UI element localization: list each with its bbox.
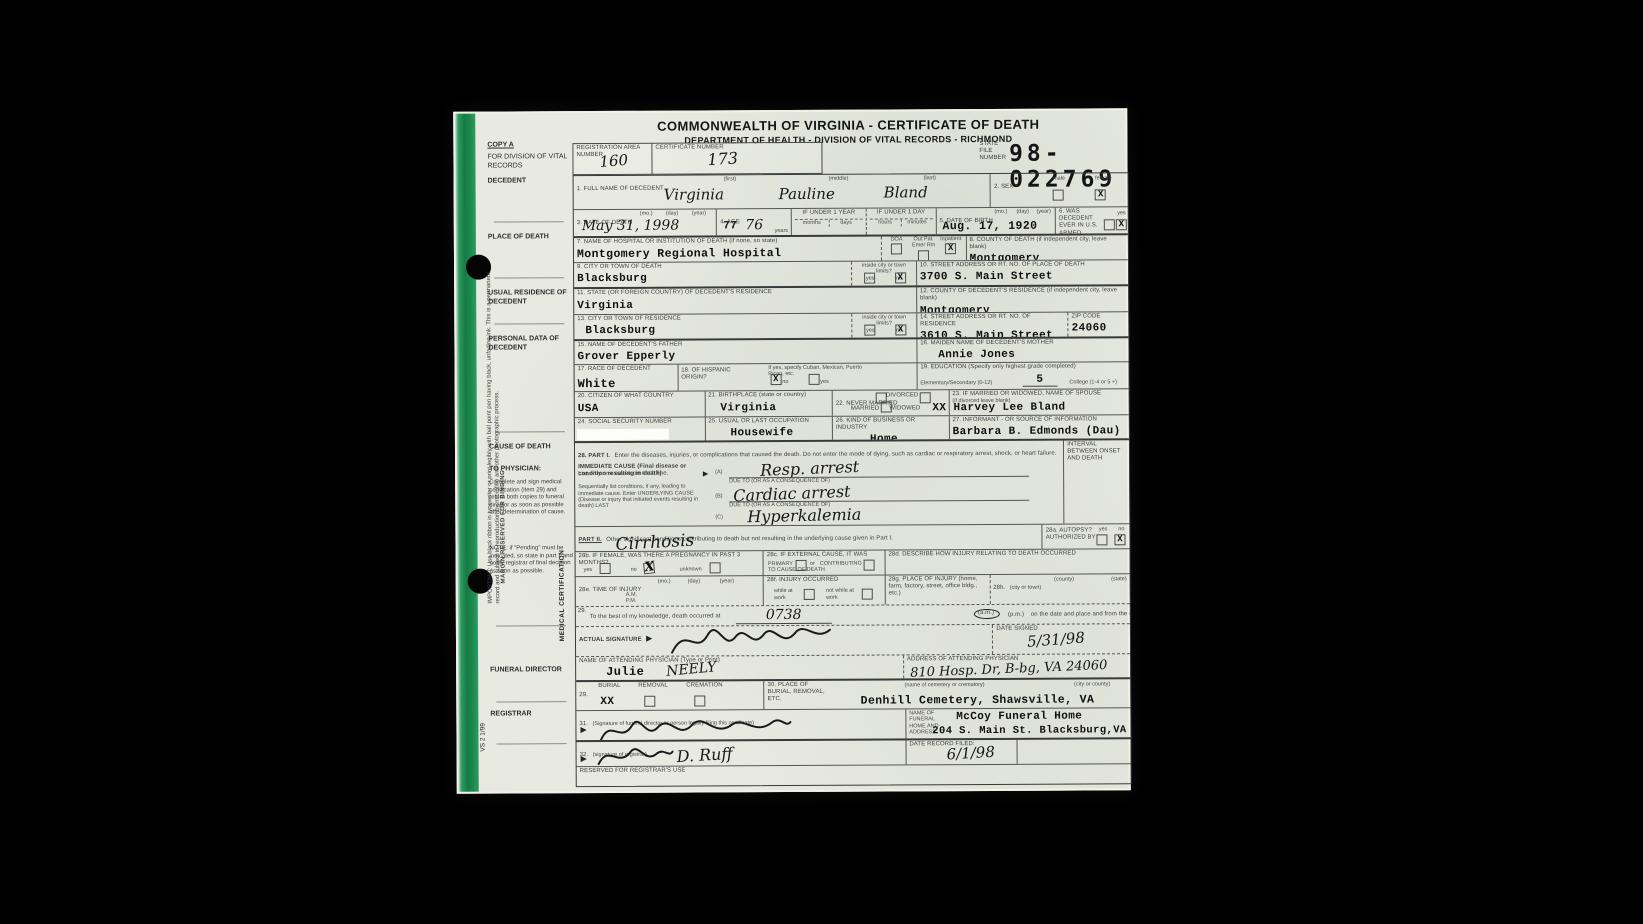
year-sublabel: (year) xyxy=(720,578,734,584)
line-a-sublabel: (A) xyxy=(715,469,722,475)
full-name-label: 1. FULL NAME OF DECEDENT xyxy=(577,186,664,192)
reserved-for-registrar: RESERVED FOR REGISTRAR'S USE xyxy=(577,764,1131,786)
yes-sublabel: yes xyxy=(820,378,829,384)
field-death-city-limits: inside city or town limits? yes no X xyxy=(851,261,916,285)
father-value: Grover Epperly xyxy=(577,350,913,364)
burial-mark: XX xyxy=(600,696,614,708)
days-sublabel: days xyxy=(828,220,862,226)
age-handwritten-value: 76 xyxy=(745,217,763,233)
death-time-value: 0738 xyxy=(736,607,832,625)
residence-county-value: Montgomery xyxy=(920,305,1125,313)
section-decedent: DECEDENT xyxy=(488,177,572,186)
field-hospital-status: DOA Out Pat. Emer Rm InpatientX xyxy=(881,236,966,260)
form-grid: 1. FULL NAME OF DECEDENT (first) (middle… xyxy=(573,172,1132,787)
physician-handwritten-value: NEELY xyxy=(666,659,718,680)
field-funeral-director-signature: 31. (Signature of funeral director or pe… xyxy=(576,709,905,740)
pending-note: NOTE: if "Pending" must be indicated, so… xyxy=(489,545,573,575)
divorced-checkbox xyxy=(919,392,930,403)
actual-signature-label: ACTUAL SIGNATURE xyxy=(579,637,642,643)
while-at-work-checkbox xyxy=(804,589,815,600)
field-zip: ZIP CODE 24060 xyxy=(1067,312,1128,336)
sequential-label: Sequentially list conditions, if any, le… xyxy=(578,484,702,510)
field-place-of-injury: 28g. PLACE OF INJURY (home, farm, factor… xyxy=(885,575,990,605)
outpatient-checkbox xyxy=(918,250,929,261)
part2-label: PART II. xyxy=(578,537,601,543)
race-label: 17. RACE OF DECEDENT xyxy=(578,366,675,374)
pointer-icon: ▶ xyxy=(581,754,587,763)
last-sublabel: (last) xyxy=(924,175,936,181)
field-full-name: 1. FULL NAME OF DECEDENT (first) (middle… xyxy=(574,174,991,209)
informant-value: Barbara B. Edmonds (Dau) xyxy=(953,425,1126,438)
autopsy-no-checkbox: X xyxy=(1114,534,1125,545)
field-birthplace: 21. BIRTHPLACE (state or country) Virgin… xyxy=(704,391,832,417)
pregnancy-no-checkbox: X xyxy=(643,562,655,574)
ssn-redaction-box xyxy=(577,429,669,440)
residence-city-label: 13. CITY OR TOWN OF RESIDENCE xyxy=(577,315,848,324)
contributing-sublabel: CONTRIBUTING xyxy=(820,561,862,568)
field-date-signed: DATE SIGNED 5/31/98 xyxy=(992,624,1130,654)
mother-value: Annie Jones xyxy=(938,348,1125,361)
spouse-label: 23. IF MARRIED OR WIDOWED, NAME OF SPOUS… xyxy=(952,390,1125,398)
field-physician-name: NAME OF ATTENDING PHYSICIAN (Type or Pri… xyxy=(576,655,903,680)
industry-label: 26. KIND OF BUSINESS OR INDUSTRY xyxy=(836,417,946,432)
pointer-icon: ▶ xyxy=(646,634,652,643)
date-filed-value: 6/1/98 xyxy=(946,743,995,764)
outpatient-sublabel: Out Pat. Emer Rm xyxy=(908,236,939,249)
dob-value: Aug. 17, 1920 xyxy=(942,220,1037,233)
field-physician-address: ADDRESS OF ATTENDING PHYSICIAN 810 Hosp.… xyxy=(903,654,1130,678)
name-middle-value: Pauline xyxy=(779,185,835,203)
place-of-burial-label: 30. PLACE OF BURIAL, REMOVAL, ETC. xyxy=(768,682,832,704)
sidebar-divider xyxy=(497,743,567,744)
sidebar-divider xyxy=(496,701,566,702)
hispanic-no-checkbox: X xyxy=(770,374,781,385)
section-funeral-director: FUNERAL DIRECTOR xyxy=(490,666,574,675)
death-certificate-page: MARGIN RESERVED FOR BINDING IMPORTANT: U… xyxy=(453,108,1131,794)
field-place-of-burial: 30. PLACE OF BURIAL, REMOVAL, ETC. (name… xyxy=(764,679,1131,709)
field-age: 4. AGE 77 76 years xyxy=(716,209,791,235)
pregnancy-unknown-checkbox xyxy=(710,562,721,573)
section-place-of-death: PLACE OF DEATH xyxy=(488,233,572,242)
field-pregnancy: 28b. IF FEMALE, WAS THERE A PREGNANCY IN… xyxy=(576,551,763,576)
sidebar-divider xyxy=(494,221,564,222)
education-elementary-value: 5 xyxy=(1022,374,1057,387)
cremation-checkbox xyxy=(694,695,705,706)
first-sublabel: (first) xyxy=(724,176,737,182)
year-sublabel: (year) xyxy=(1036,209,1050,215)
section-usual-residence: USUAL RESIDENCE OF DECEDENT xyxy=(488,289,572,307)
residence-county-label: 12. COUNTY OF DECEDENT'S RESIDENCE (if i… xyxy=(920,287,1125,302)
mo-sublabel: (mo.) xyxy=(640,211,653,217)
line-b-sublabel: (B) xyxy=(715,493,722,499)
funeral-director-signature-scribble xyxy=(594,714,794,740)
age-typed-value: 77 xyxy=(723,220,737,232)
residence-limits-no-checkbox: X xyxy=(895,324,906,335)
divorced-sublabel: DIVORCED xyxy=(886,392,919,399)
residence-state-value: Virginia xyxy=(577,299,913,313)
no-sublabel: no xyxy=(782,379,788,385)
doa-checkbox xyxy=(891,244,902,255)
field-hispanic-origin: 18. OF HISPANIC ORIGIN? If yes, specify … xyxy=(677,363,916,390)
form-row: RESERVED FOR REGISTRAR'S USE xyxy=(577,763,1131,786)
field-hospital: 7. NAME OF HOSPITAL OR INSTITUTION OF DE… xyxy=(574,237,881,263)
field-date-of-death: 3. DATE OF DEATH (mo.) (day) (year) May … xyxy=(574,209,717,236)
under-day-label: IF UNDER 1 DAY xyxy=(870,209,933,217)
father-label: 15. NAME OF DECEDENT'S FATHER xyxy=(577,340,913,349)
citizenship-label: 20. CITIZEN OF WHAT COUNTRY xyxy=(578,392,702,400)
education-label: 19. EDUCATION (Specify only highest grad… xyxy=(920,363,1125,371)
injury-occurred-label: 28f. INJURY OCCURRED xyxy=(767,577,882,585)
armed-forces-label: 6. WAS DECEDENT EVER IN U.S. ARMED FORCE… xyxy=(1059,208,1107,233)
am-circled: (a.m.) xyxy=(974,609,1000,619)
mother-label: 16. MAIDEN NAME OF DECEDENT'S MOTHER xyxy=(920,339,1125,347)
no-sublabel: no xyxy=(631,567,637,573)
hours-sublabel: hours xyxy=(870,220,901,226)
field-race: 17. RACE OF DECEDENT White xyxy=(575,365,678,392)
male-checkbox xyxy=(1053,190,1064,201)
sidebar-divider xyxy=(495,431,565,432)
burial-sublabel: BURIAL xyxy=(598,683,620,690)
no-sublabel: no xyxy=(1118,526,1124,532)
form-row: 9. CITY OR TOWN OF DEATH Blacksburg insi… xyxy=(574,259,1128,287)
medical-part1-section: 28. PART I. Enter the diseases, injuries… xyxy=(575,438,1129,526)
part1-area: 28. PART I. Enter the diseases, injuries… xyxy=(575,441,1064,527)
day-sublabel: (day) xyxy=(1016,209,1029,215)
form-row: 3. DATE OF DEATH (mo.) (day) (year) May … xyxy=(574,206,1128,236)
death-street-label: 10. STREET ADDRESS OR RT. NO. OF PLACE O… xyxy=(920,261,1125,269)
field-citizenship: 20. CITIZEN OF WHAT COUNTRY USA xyxy=(575,391,705,417)
section-cause-of-death: CAUSE OF DEATH xyxy=(489,443,573,452)
ssn-label: 24. SOCIAL SECURITY NUMBER xyxy=(578,418,702,426)
state-file-label: STATE FILE NUMBER xyxy=(979,141,1006,163)
statement-pre-text: To the best of my knowledge, death occur… xyxy=(590,613,721,621)
form-row: 32. (signature of registrar) ▶ D. Ruff D… xyxy=(577,737,1131,766)
statement-number: 29. xyxy=(578,608,587,615)
to-cause-sublabel: TO CAUSE OF DEATH xyxy=(768,567,825,574)
statement-post-text: on the date and place and from the cause… xyxy=(1031,611,1130,619)
field-city-of-death: 9. CITY OR TOWN OF DEATH Blacksburg xyxy=(574,262,851,287)
death-limits-no-checkbox: X xyxy=(895,272,906,283)
not-while-at-work-sublabel: not while at work xyxy=(826,588,854,601)
residence-city-value: Blacksburg xyxy=(585,324,848,337)
field-autopsy: 28a. AUTOPSY? AUTHORIZED BY yes no X xyxy=(1042,524,1130,548)
cemetery-sublabel: (name of cemetery or crematory) xyxy=(905,682,985,689)
form-row: 20. CITIZEN OF WHAT COUNTRY USA 21. BIRT… xyxy=(575,388,1129,417)
county-of-death-value: Montgomery xyxy=(970,253,1125,260)
part2-value: Cirrhosis xyxy=(615,530,695,551)
form-row: 13. CITY OR TOWN OF RESIDENCE Blacksburg… xyxy=(574,311,1128,339)
field-residence-state: 11. STATE (OR FOREIGN COUNTRY) OF DECEDE… xyxy=(574,287,916,314)
female-checkbox: X xyxy=(1095,189,1106,200)
form-row: 7. NAME OF HOSPITAL OR INSTITUTION OF DE… xyxy=(574,233,1128,262)
death-street-value: 3700 S. Main Street xyxy=(920,270,1125,283)
cause-c-value: Hyperkalemia xyxy=(747,505,861,526)
industry-value: Home xyxy=(870,434,946,440)
field-certification-statement: 29. To the best of my knowledge, death o… xyxy=(576,603,1130,626)
form-code: VS 2 1/99 xyxy=(479,706,487,752)
yes-sublabel: yes xyxy=(1099,526,1108,532)
city-of-death-label: 9. CITY OR TOWN OF DEATH xyxy=(577,263,848,272)
education-college-sublabel: College (1-4 or 5 +) xyxy=(1069,379,1117,386)
middle-sublabel: (middle) xyxy=(829,176,849,182)
education-elementary-sublabel: Elementary/Secondary (0-12) xyxy=(920,380,992,387)
zip-label: ZIP CODE xyxy=(1071,313,1125,320)
occupation-value: Housewife xyxy=(730,427,829,440)
city-county-sublabel: (city or county) xyxy=(1074,681,1110,688)
minutes-sublabel: minutes xyxy=(901,219,933,225)
residence-street-label: 14. STREET ADDRESS OR RT. NO. OF RESIDEN… xyxy=(920,314,1065,329)
section-registrar: REGISTRAR xyxy=(490,710,574,719)
under-year-label: IF UNDER 1 YEAR xyxy=(795,210,863,218)
field-funeral-home: NAME OF FUNERAL HOME AND ADDRESS: McCoy … xyxy=(905,708,1130,738)
physician-signature-scribble xyxy=(666,625,836,656)
sidebar-divider xyxy=(494,277,564,278)
field-part2: PART II. Other significant conditions co… xyxy=(575,525,1041,551)
cremation-sublabel: CREMATION xyxy=(686,682,723,689)
form-row: 29. BURIAL REMOVAL CREMATION XX 30. PLAC… xyxy=(576,677,1130,710)
armed-forces-no-checkbox: X xyxy=(1116,219,1127,230)
residence-street-value: 3610 S. Main Street xyxy=(920,330,1065,337)
registration-row: REGISTRATION AREA NUMBER 160 CERTIFICATE… xyxy=(572,142,822,175)
field-actual-signature: ACTUAL SIGNATURE ▶ xyxy=(576,625,993,656)
sex-label: 2. SEX xyxy=(994,184,1013,190)
year-sublabel: (year) xyxy=(692,210,706,216)
registration-area-value: 160 xyxy=(599,151,629,171)
mo-sublabel: (mo.) xyxy=(994,209,1007,215)
pm-option: (p.m.) xyxy=(1008,612,1024,619)
spouse-value: Harvey Lee Bland xyxy=(953,402,1065,415)
field-spouse-name: 23. IF MARRIED OR WIDOWED, NAME OF SPOUS… xyxy=(948,389,1128,415)
race-value: White xyxy=(578,377,675,391)
field-ssn: 24. SOCIAL SECURITY NUMBER xyxy=(575,417,705,441)
disposition-number: 29. xyxy=(579,692,588,698)
removal-sublabel: REMOVAL xyxy=(638,683,668,690)
form-row: 28e. TIME OF INJURY (mo.) (day) (year) A… xyxy=(576,573,1130,606)
registrar-signature-scribble xyxy=(595,744,675,767)
injury-description-label: 28d. DESCRIBE HOW INJURY RELATING TO DEA… xyxy=(888,550,1126,558)
physician-typed-value: Julie xyxy=(606,665,644,679)
sidebar-divider xyxy=(496,625,566,626)
field-sex: 2. SEX male female X xyxy=(990,173,1128,207)
state-sublabel: (state) xyxy=(1111,576,1127,582)
birthplace-label: 21. BIRTHPLACE (state or country) xyxy=(708,392,829,400)
field-mother-name: 16. MAIDEN NAME OF DECEDENT'S MOTHER Ann… xyxy=(916,338,1128,362)
months-sublabel: months xyxy=(795,220,828,226)
occupation-label: 25. USUAL OR LAST OCCUPATION xyxy=(708,418,829,426)
field-injury-occurred: 28f. INJURY OCCURRED while at work not w… xyxy=(763,576,885,606)
due-to-sublabel: DUE TO (OR AS A CONSEQUENCE OF) xyxy=(729,476,1029,485)
interval-column: INTERVAL BETWEEN ONSET AND DEATH xyxy=(1063,440,1129,523)
section-personal-data: PERSONAL DATA OF DECEDENT xyxy=(488,335,572,353)
yes-sublabel: yes xyxy=(584,567,593,573)
birthplace-value: Virginia xyxy=(720,402,829,415)
field-registrar-blank xyxy=(1017,739,1131,764)
residence-state-label: 11. STATE (OR FOREIGN COUNTRY) OF DECEDE… xyxy=(577,288,913,297)
widowed-sublabel: WIDOWED xyxy=(889,405,920,412)
yes-sublabel: yes xyxy=(1117,210,1126,216)
field-education: 19. EDUCATION (Specify only highest grad… xyxy=(916,362,1128,389)
zip-value: 24060 xyxy=(1072,322,1126,334)
certificate-title: COMMONWEALTH OF VIRGINIA - CERTIFICATE O… xyxy=(572,116,1124,134)
form-row: 11. STATE (OR FOREIGN COUNTRY) OF DECEDE… xyxy=(574,284,1128,314)
mo-sublabel: (mo.) xyxy=(658,579,671,585)
certificate-number-field: CERTIFICATE NUMBER 173 xyxy=(652,142,822,175)
binding-strip xyxy=(455,114,479,792)
field-residence-county: 12. COUNTY OF DECEDENT'S RESIDENCE (if i… xyxy=(916,286,1128,312)
pm-sublabel: P.M. xyxy=(626,598,637,604)
copy-label: COPY A xyxy=(487,141,571,150)
field-injury-location: 28h. (city or town) (county) (state) xyxy=(989,574,1130,604)
armed-forces-yes-checkbox xyxy=(1104,219,1115,230)
arrow-icon: ► xyxy=(701,468,710,478)
field-occupation: 25. USUAL OR LAST OCCUPATION Housewife xyxy=(704,417,832,441)
form-row: ACTUAL SIGNATURE ▶ DATE SIGNED 5/31/98 xyxy=(576,623,1130,656)
years-sublabel: years xyxy=(775,228,788,234)
day-sublabel: (day) xyxy=(666,211,679,217)
line-c-sublabel: (C) xyxy=(715,514,723,520)
form-row: 24. SOCIAL SECURITY NUMBER 25. USUAL OR … xyxy=(575,414,1129,441)
doa-sublabel: DOA xyxy=(891,236,903,242)
place-of-injury-label: 28g. PLACE OF INJURY (home, farm, factor… xyxy=(889,576,987,598)
county-sublabel: (county) xyxy=(1054,577,1074,583)
unknown-sublabel: unknown xyxy=(680,566,702,572)
autopsy-label: 28a. AUTOPSY? AUTHORIZED BY xyxy=(1046,527,1098,542)
field-injury-description: 28d. DESCRIBE HOW INJURY RELATING TO DEA… xyxy=(884,549,1129,574)
inpatient-checkbox: X xyxy=(945,243,956,254)
field-if-under-1-year: IF UNDER 1 YEAR months days xyxy=(791,209,866,235)
married-sublabel: MARRIED xyxy=(851,405,879,412)
section-to-physician: TO PHYSICIAN: xyxy=(489,465,573,474)
death-limits-yes-checkbox xyxy=(864,273,875,284)
residence-limits-yes-checkbox xyxy=(864,325,875,336)
city-town-sublabel: (city or town) xyxy=(1010,585,1042,591)
field-registrar-signature: 32. (signature of registrar) ▶ D. Ruff xyxy=(577,740,906,766)
field-residence-street: 14. STREET ADDRESS OR RT. NO. OF RESIDEN… xyxy=(916,313,1068,338)
county-of-death-label: 8. COUNTY OF DEATH (if independent city,… xyxy=(969,236,1124,251)
funeral-home-name: McCoy Funeral Home xyxy=(956,710,1082,723)
field-father-name: 15. NAME OF DECEDENT'S FATHER Grover Epp… xyxy=(574,339,916,364)
division-label: FOR DIVISION OF VITAL RECORDS xyxy=(487,153,571,171)
field-industry: 26. KIND OF BUSINESS OR INDUSTRY Home xyxy=(832,416,949,440)
form-row: NAME OF ATTENDING PHYSICIAN (Type or Pri… xyxy=(576,653,1130,680)
citizenship-value: USA xyxy=(578,403,702,416)
autopsy-yes-checkbox xyxy=(1096,534,1107,545)
while-at-work-sublabel: while at work xyxy=(774,588,798,601)
form-row: 17. RACE OF DECEDENT White 18. OF HISPAN… xyxy=(575,361,1129,391)
field-death-street: 10. STREET ADDRESS OR RT. NO. OF PLACE O… xyxy=(916,260,1128,285)
female-sublabel: female xyxy=(1095,175,1112,181)
form-row: 15. NAME OF DECEDENT'S FATHER Grover Epp… xyxy=(574,336,1128,364)
place-of-burial-value: Denhill Cemetery, Shawsville, VA xyxy=(861,693,1095,707)
name-first-value: Virginia xyxy=(664,185,724,203)
immediate-cause-label: IMMEDIATE CAUSE (Final disease or condit… xyxy=(578,463,702,478)
form-row: 31. (Signature of funeral director or pe… xyxy=(576,707,1130,740)
field-date-filed: DATE RECORD FILED: 6/1/98 xyxy=(905,740,1017,765)
field-county-of-death: 8. COUNTY OF DEATH (if independent city,… xyxy=(965,235,1128,260)
dod-value: May 31, 1998 xyxy=(582,218,679,235)
field-if-under-1-day: IF UNDER 1 DAY hours minutes xyxy=(866,208,936,234)
removal-checkbox xyxy=(644,696,655,707)
form-row: 1. FULL NAME OF DECEDENT (first) (middle… xyxy=(574,173,1128,209)
field-external-cause: 28c. IF EXTERNAL CAUSE, IT WAS PRIMARY o… xyxy=(763,551,885,576)
field-residence-city-limits: inside city or town limits? yes no X xyxy=(851,313,916,337)
name-last-value: Bland xyxy=(884,183,928,201)
date-signed-value: 5/31/98 xyxy=(1027,628,1086,650)
widowed-mark: XX xyxy=(932,402,946,414)
contributing-checkbox xyxy=(864,560,875,571)
field-time-of-injury: 28e. TIME OF INJURY (mo.) (day) (year) A… xyxy=(576,576,763,606)
field-armed-forces: 6. WAS DECEDENT EVER IN U.S. ARMED FORCE… xyxy=(1055,207,1128,233)
field-date-of-birth: 5. DATE OF BIRTH (mo.) (day) (year) Aug.… xyxy=(935,208,1055,235)
funeral-home-address: 204 S. Main St. Blacksburg,VA 24060 xyxy=(932,724,1130,737)
inpatient-sublabel: Inpatient xyxy=(940,236,961,242)
hispanic-note: If yes, specify Cuban, Mexican, Puerto R… xyxy=(768,365,878,378)
hispanic-label: 18. OF HISPANIC ORIGIN? xyxy=(681,367,751,382)
part1-label: 28. PART I. xyxy=(578,453,610,459)
hospital-value: Montgomery Regional Hospital xyxy=(577,247,878,262)
pointer-icon: ▶ xyxy=(580,725,586,734)
certificate-number-value: 173 xyxy=(707,148,739,169)
not-while-at-work-checkbox xyxy=(862,589,873,600)
city-of-death-value: Blacksburg xyxy=(577,272,848,285)
external-cause-label: 28c. IF EXTERNAL CAUSE, IT WAS xyxy=(767,552,882,560)
pregnancy-yes-checkbox xyxy=(600,563,611,574)
form-row: 28b. IF FEMALE, WAS THERE A PREGNANCY IN… xyxy=(576,548,1130,576)
registrar-signature-text: D. Ruff xyxy=(676,744,733,766)
registration-area-number-field: REGISTRATION AREA NUMBER 160 xyxy=(572,143,652,175)
field-residence-city: 13. CITY OR TOWN OF RESIDENCE Blacksburg xyxy=(574,314,851,339)
informant-label: 27. INFORMANT - OR SOURCE OF INFORMATION xyxy=(952,416,1125,424)
form-row: PART II. Other significant conditions co… xyxy=(575,523,1129,551)
hospital-label: 7. NAME OF HOSPITAL OR INSTITUTION OF DE… xyxy=(577,238,878,247)
field-marital-status: 22. NEVER MARRIED DIVORCED MARRIED WIDOW… xyxy=(832,390,949,416)
day-sublabel: (day) xyxy=(688,578,701,584)
sidebar-divider xyxy=(494,323,564,324)
to-physician-instructions: Complete and sign medical certification … xyxy=(489,479,573,517)
field-disposition: 29. BURIAL REMOVAL CREMATION XX xyxy=(576,681,763,710)
hispanic-yes-checkbox xyxy=(808,374,819,385)
injury-location-label: 28h. xyxy=(993,585,1005,591)
male-sublabel: male xyxy=(1053,176,1065,182)
field-informant: 27. INFORMANT - OR SOURCE OF INFORMATION… xyxy=(948,415,1128,439)
